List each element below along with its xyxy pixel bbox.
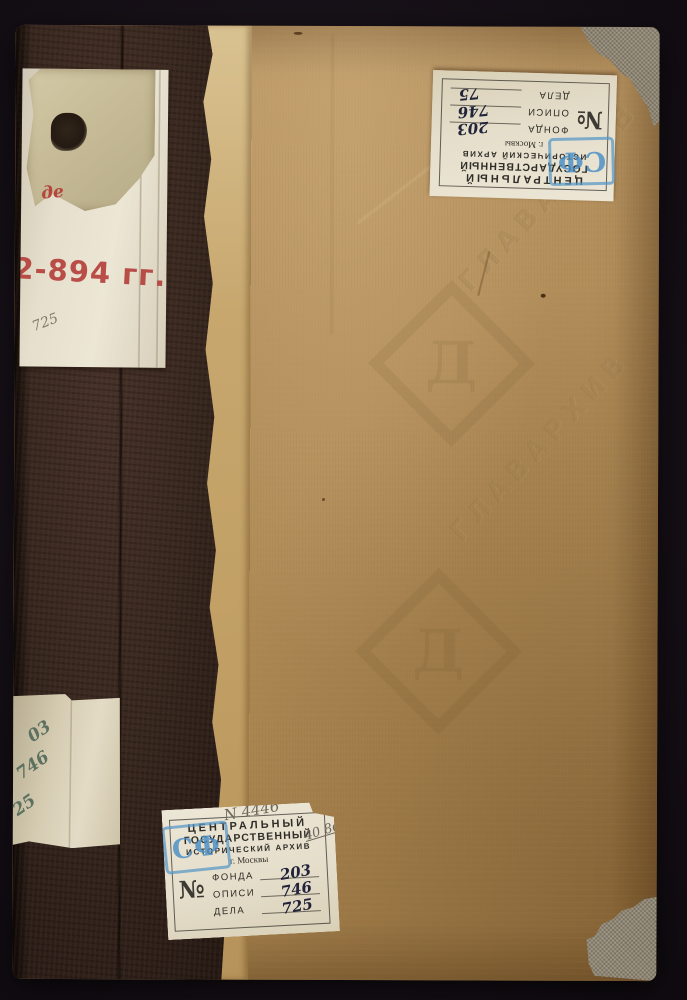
fond-row: ФОНДА 203 bbox=[449, 118, 568, 139]
ink-number: 25 bbox=[12, 791, 40, 821]
archive-stamp-label-top-right: ЦЕНТРАЛЬНЫЙ ГОСУДАРСТВЕННЫЙ ИСТОРИЧЕСКИЙ… bbox=[429, 70, 617, 201]
cover-speck bbox=[541, 294, 546, 298]
ink-number: 03 bbox=[24, 717, 55, 747]
blue-monogram-stamp: СФ bbox=[548, 137, 615, 186]
pencil-number: 725 bbox=[30, 310, 61, 335]
corner-cloth-bottom-right bbox=[584, 895, 656, 981]
watermark-diamond-logo: Д bbox=[368, 280, 535, 447]
cover-crease bbox=[331, 34, 334, 334]
cover-speck bbox=[322, 498, 325, 501]
red-ink-years: 2-894 гг. bbox=[19, 251, 167, 293]
cover-scratch bbox=[477, 251, 490, 296]
numero-sign: № bbox=[173, 869, 207, 922]
book-cover: ГЛАВАРХИВ ГЛАВАРХИВ Д Д де 2-894 гг. 725 bbox=[12, 25, 659, 981]
ink-number: 746 bbox=[13, 747, 54, 784]
opis-row: ОПИСИ 746 bbox=[450, 101, 569, 122]
watermark-diamond-logo: Д bbox=[355, 568, 522, 735]
cover-speck bbox=[294, 32, 303, 35]
opis-value: 746 bbox=[457, 101, 490, 122]
archive-stamp-label-bottom-left: ЦЕНТРАЛЬНЫЙ ГОСУДАРСТВЕННЫЙ ИСТОРИЧЕСКИЙ… bbox=[161, 801, 340, 940]
monogram-letters: СФ bbox=[557, 145, 607, 177]
fond-label: ФОНДА bbox=[212, 871, 254, 884]
delo-value: 725 bbox=[280, 895, 314, 918]
watermark-letter: Д bbox=[426, 329, 478, 397]
photo-background: ГЛАВАРХИВ ГЛАВАРХИВ Д Д де 2-894 гг. 725 bbox=[0, 0, 687, 1000]
fond-label: ФОНДА bbox=[526, 123, 568, 135]
watermark-text: ГЛАВАРХИВ bbox=[444, 345, 637, 548]
blue-monogram-stamp: СФ bbox=[161, 820, 232, 875]
spine-bottom-label: 03 746 25 bbox=[12, 693, 122, 849]
spine-top-label: де 2-894 гг. 725 bbox=[19, 68, 168, 368]
opis-label: ОПИСИ bbox=[527, 106, 570, 118]
opis-label: ОПИСИ bbox=[213, 888, 256, 901]
watermark-letter: Д bbox=[413, 617, 465, 685]
delo-row: ДЕЛА 75 bbox=[450, 84, 569, 105]
delo-label: ДЕЛА bbox=[538, 89, 570, 101]
label-fold bbox=[155, 70, 161, 368]
delo-label: ДЕЛА bbox=[214, 905, 246, 918]
ink-blot bbox=[51, 113, 87, 151]
label-fold bbox=[68, 694, 73, 848]
delo-value: 75 bbox=[458, 84, 480, 104]
numero-sign: № bbox=[576, 88, 609, 140]
stamp-rows: № ФОНДА 203 ОПИСИ 746 ДЕ bbox=[441, 84, 608, 140]
red-ink-fragment: де bbox=[40, 182, 64, 204]
monogram-letters: СФ bbox=[170, 830, 222, 866]
